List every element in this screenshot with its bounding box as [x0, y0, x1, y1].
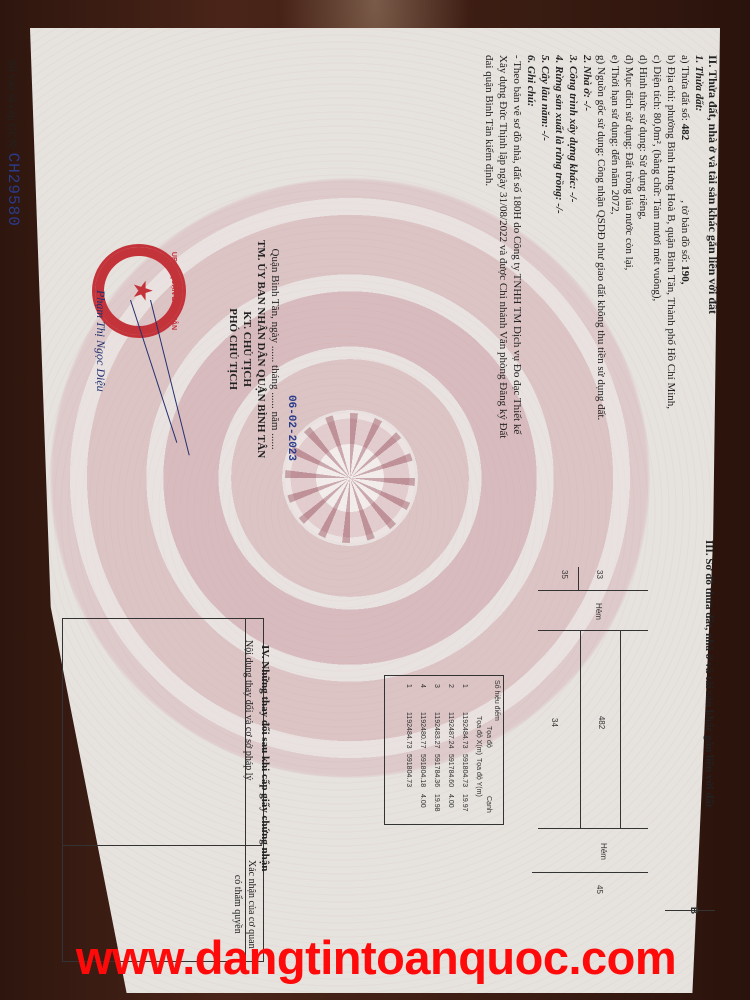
handwritten-date: 06-02-2023: [284, 395, 298, 461]
coord-y: 591804.73: [403, 754, 413, 787]
site-watermark: www.dangtintoanquoc.com: [6, 930, 746, 985]
certificate-serial: Số vào sổ cấp GCN: CH29580: [5, 60, 20, 227]
address: b) Địa chỉ: phường Bình Hưng Hoà B, quận…: [664, 55, 678, 439]
coord-point: 1: [403, 684, 413, 688]
section-ii: II. Thửa đất, nhà ở và tài sản khác gắn …: [482, 55, 720, 439]
neighbor-label: 35: [560, 570, 569, 579]
parcel-edge: [580, 630, 581, 828]
road-label: Hẻm: [599, 843, 608, 860]
signature-block: Quận Bình Tân, ngày ...... tháng ...... …: [226, 240, 282, 458]
plot-line: [578, 567, 579, 591]
north-label: B: [688, 907, 699, 914]
coord-y: 591784.36: [431, 754, 441, 787]
notes-heading: 6. Ghi chú:: [524, 55, 538, 439]
authority-line: TM. ỦY BAN NHÂN DÂN QUẬN BÌNH TÂN: [254, 240, 268, 458]
seal-text: UBND QUẬN BÌNH TÂN: [170, 247, 177, 335]
house-item: 2. Nhà ở: -/-: [580, 55, 594, 439]
forest-item: 4. Rừng sản xuất là rừng trồng: -/-: [552, 55, 566, 439]
section-iii-heading: III. Sơ đồ thửa đất, nhà ở và tài sản kh…: [702, 540, 716, 808]
coord-point: 1: [459, 684, 469, 688]
serial-label: Số vào sổ cấp GCN:: [6, 60, 18, 153]
other-construction-item: 3. Công trình xây dựng khác: -/-: [566, 55, 580, 439]
plot-line: [532, 872, 648, 873]
map-sheet-number: 190,: [679, 265, 691, 284]
parcel-number-label: a) Thửa đất số:: [679, 55, 691, 124]
note-line-2: Xây dựng Đức Thịnh lập ngày 31/08/2022 v…: [496, 55, 510, 439]
plot-line: [538, 590, 648, 591]
coord-edge: 4.00: [445, 794, 455, 808]
serial-value: CH29580: [4, 153, 22, 227]
usage-term: e) Thời hạn sử dụng: đến năm 2072,: [608, 55, 622, 439]
neighbor-label: 33: [595, 570, 604, 579]
section-ii-heading: II. Thửa đất, nhà ở và tài sản khác gắn …: [706, 55, 720, 439]
usage-purpose: đ) Mục đích sử dụng: Đất trồng lúa nước …: [622, 55, 636, 439]
coordinate-table: Số hiệu điểm Tọa độ Tọa độ X(m) Tọa độ Y…: [384, 675, 504, 825]
usage-origin: g) Nguồn gốc sử dụng: Công nhận QSDĐ như…: [594, 55, 608, 439]
parcel-number: 482: [679, 124, 691, 141]
coord-x: 1192484.73: [459, 712, 469, 748]
seal-star-icon: ★: [129, 279, 155, 302]
section-iv-heading: IV. Những thay đổi sau khi cấp giấy chứn…: [258, 645, 272, 871]
note-line-3: đai quận Bình Tân kiểm định.: [482, 55, 496, 439]
place-date: Quận Bình Tân, ngày ...... tháng ...... …: [268, 240, 282, 458]
coord-y: 591804.73: [459, 754, 469, 787]
title-line: PHÓ CHỦ TỊCH: [226, 240, 240, 458]
coord-y: 591784.60: [445, 754, 455, 787]
coord-x: 1192487.24: [445, 712, 455, 748]
coord-header-x: Tọa độ X(m): [473, 716, 483, 755]
map-sheet-label: , tờ bản đồ số:: [679, 140, 691, 265]
parcel-number-line: a) Thửa đất số: 482, tờ bản đồ số: 190,: [678, 55, 692, 439]
parcel-subheading: 1. Thửa đất:: [692, 55, 706, 439]
coord-point: 2: [445, 684, 455, 688]
plot-line: [538, 630, 648, 631]
note-line-1: - Theo bản vẽ sơ đồ nhà, đất số 180H do …: [510, 55, 524, 439]
perennial-item: 5. Cây lâu năm: -/-: [538, 55, 552, 439]
coord-x: 1192480.77: [417, 712, 427, 748]
section-iv-divider: [62, 845, 262, 846]
place-date-text: Quận Bình Tân, ngày ...... tháng ...... …: [269, 249, 281, 450]
parcel-label: 482: [597, 716, 606, 729]
coord-point: 3: [431, 684, 441, 688]
coord-header-group: Tọa độ: [483, 726, 493, 748]
road-label: Hẻm: [594, 603, 603, 620]
coord-x: 1192483.27: [431, 712, 441, 748]
coord-edge: 19.98: [431, 794, 441, 812]
deputy-line: KT. CHỦ TỊCH: [240, 240, 254, 458]
signer-name: Phạm Thị Ngọc Diệu: [94, 290, 108, 392]
plot-line: [538, 828, 648, 829]
coord-y: 591804.18: [417, 754, 427, 787]
section-iv-col-changes: Nội dung thay đổi và cơ sở pháp lý: [241, 640, 255, 781]
coord-header-point: Số hiệu điểm: [491, 680, 501, 721]
parcel-edge: [620, 630, 621, 828]
coord-edge: 19.97: [459, 794, 469, 812]
neighbor-label: 45: [595, 885, 604, 894]
coord-header-edge: Cạnh: [483, 796, 493, 813]
usage-form: d) Hình thức sử dụng: Sử dụng riêng,: [636, 55, 650, 439]
area: c) Diện tích: 80,0m², (bằng chữ: Tám mươ…: [650, 55, 664, 439]
coord-edge: 4.00: [417, 794, 427, 808]
neighbor-label: 34: [550, 718, 559, 727]
drum-star-pattern: [285, 413, 415, 543]
coord-point: 4: [417, 684, 427, 688]
coord-x: 1192484.73: [403, 712, 413, 748]
coord-header-y: Tọa độ Y(m): [473, 758, 483, 797]
